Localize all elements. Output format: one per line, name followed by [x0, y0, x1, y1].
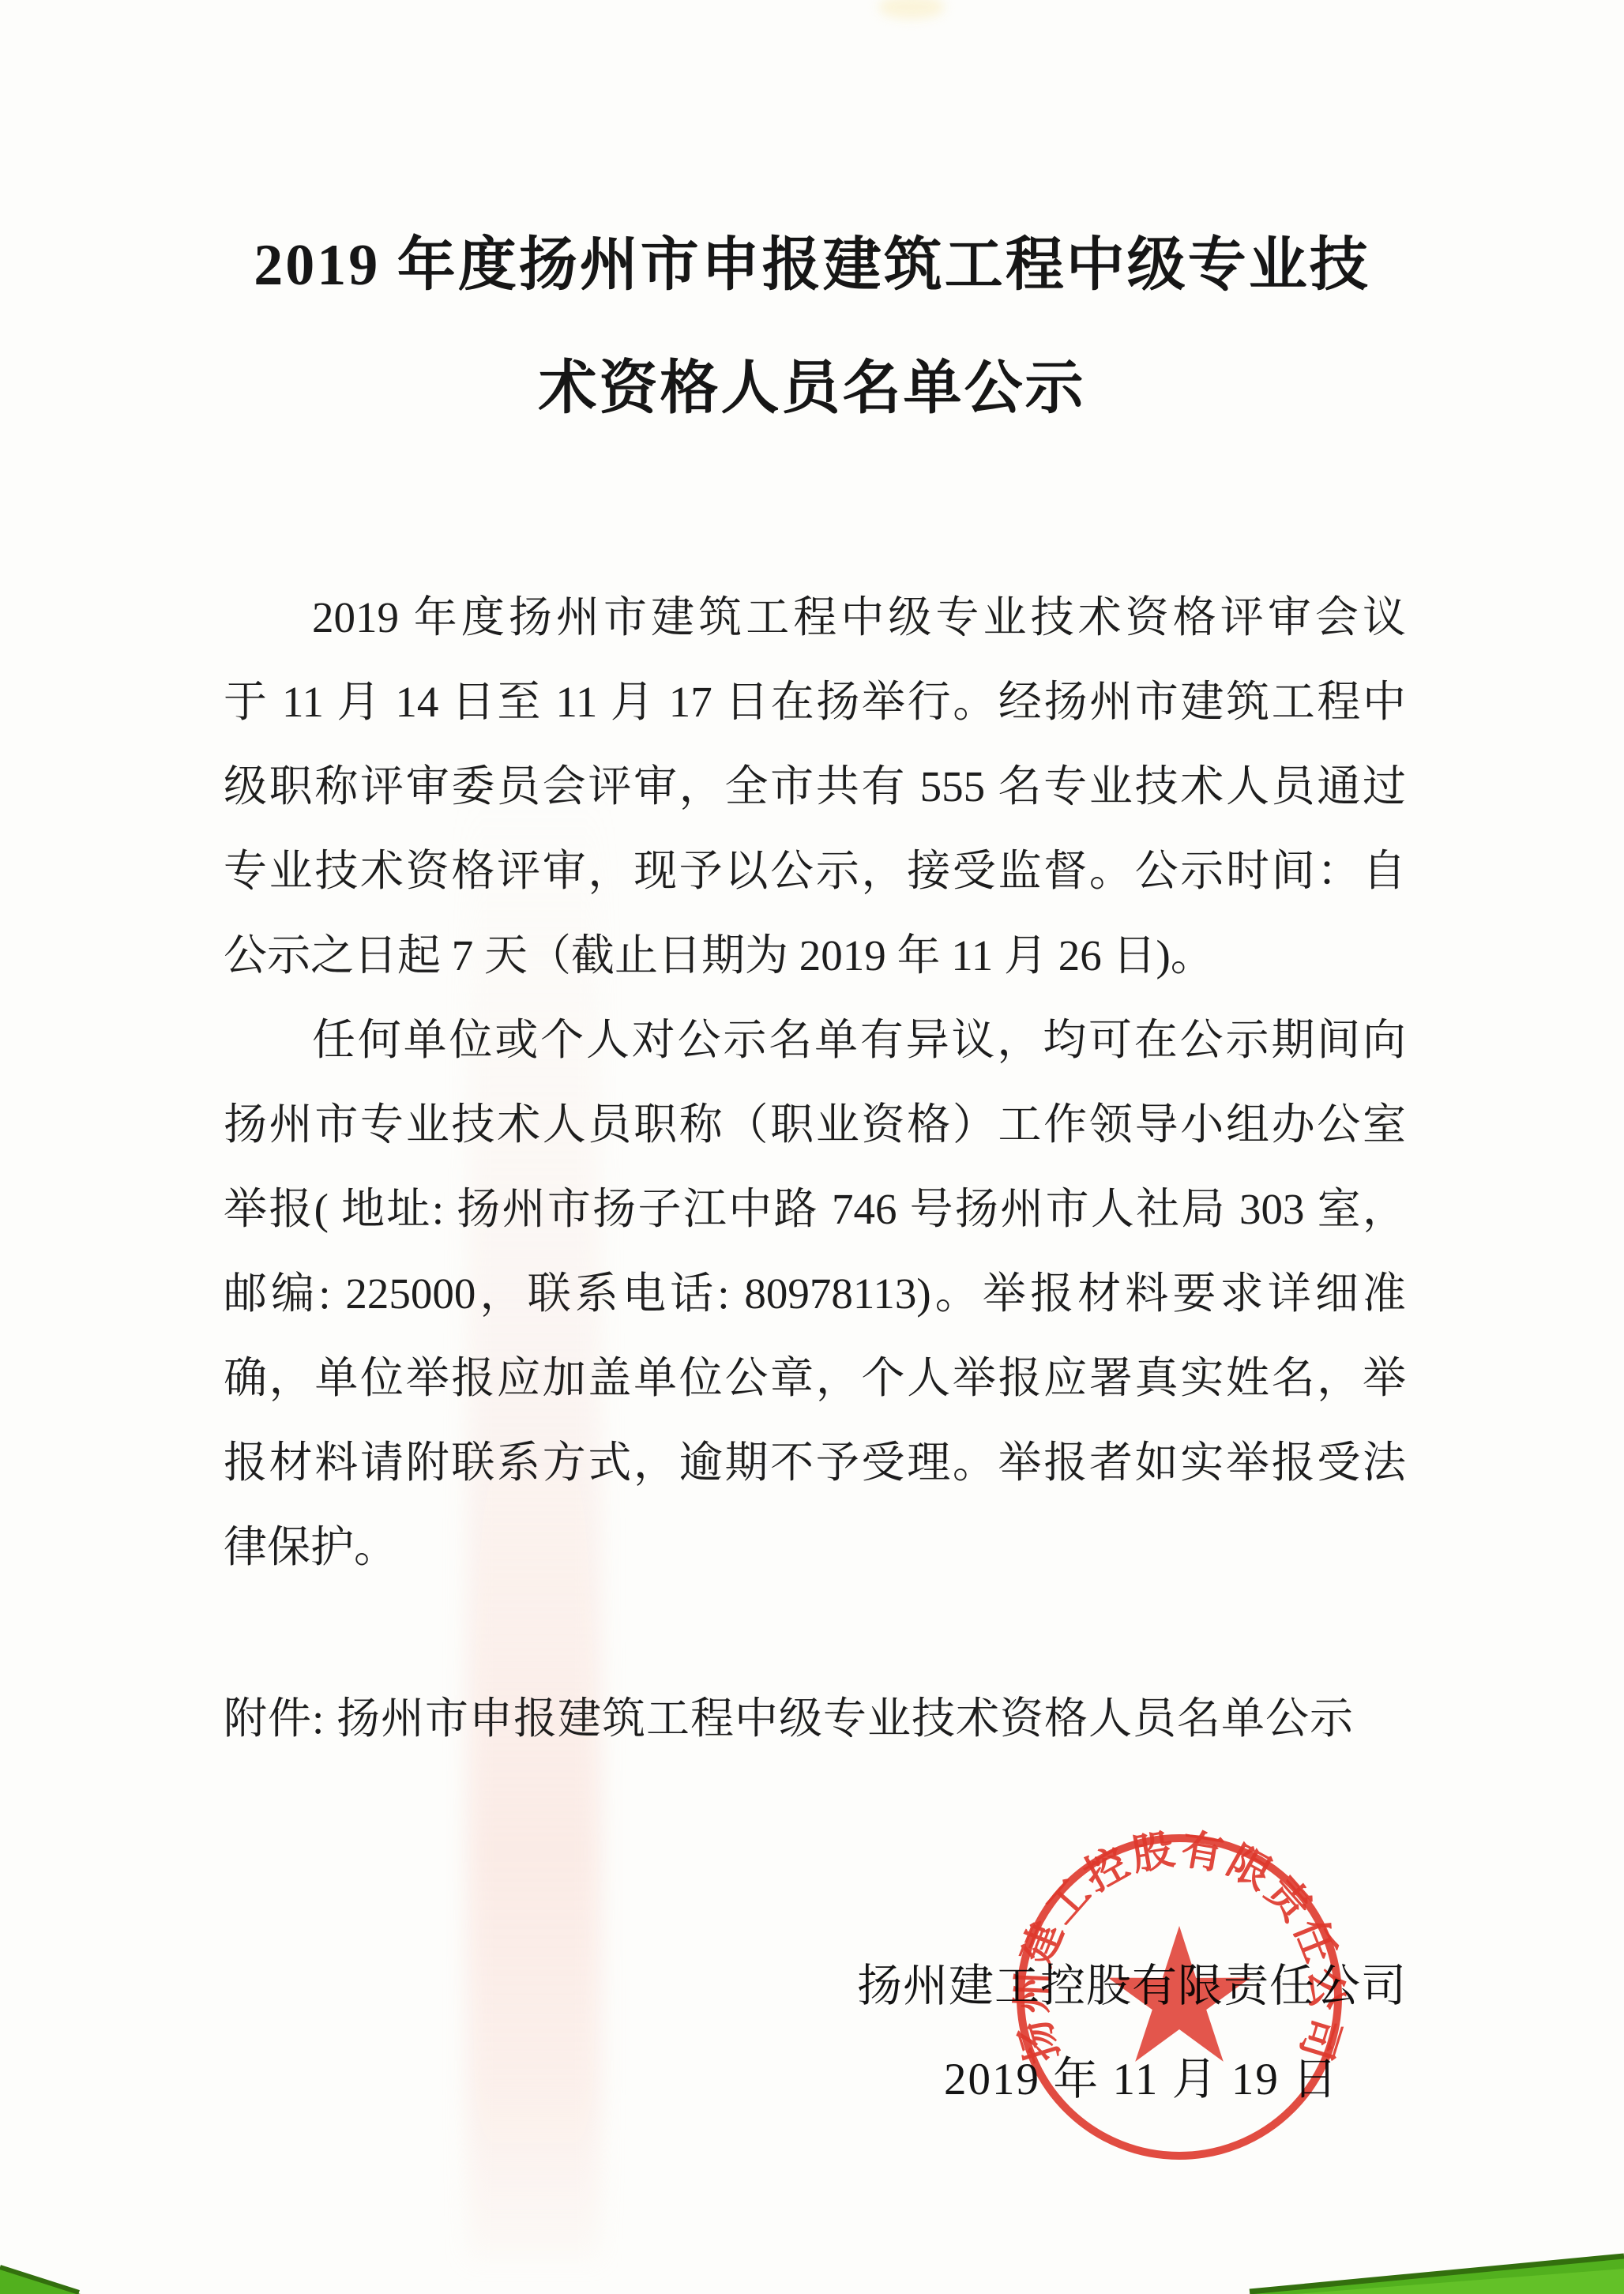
- body-line: 举报( 地址: 扬州市扬子江中路 746 号扬州市人社局 303 室，: [224, 1167, 1406, 1251]
- body-line: 专业技术资格评审，现予以公示，接受监督。公示时间：自: [224, 829, 1406, 913]
- body-line: 任何单位或个人对公示名单有异议，均可在公示期间向: [224, 998, 1406, 1082]
- body-line: 2019 年度扬州市建筑工程中级专业技术资格评审会议: [224, 575, 1406, 660]
- title-line-2: 术资格人员名单公示: [0, 327, 1624, 450]
- body-line: 级职称评审委员会评审，全市共有 555 名专业技术人员通过: [224, 744, 1406, 829]
- document-title: 2019 年度扬州市申报建筑工程中级专业技 术资格人员名单公示: [0, 204, 1624, 450]
- body-line: 报材料请附联系方式，逾期不予受理。举报者如实举报受法: [224, 1420, 1406, 1505]
- title-line-1: 2019 年度扬州市申报建筑工程中级专业技: [0, 204, 1624, 327]
- signature-date: 2019 年 11 月 19 日: [944, 2043, 1434, 2108]
- scanned-notice-page: 2019 年度扬州市申报建筑工程中级专业技 术资格人员名单公示 2019 年度扬…: [0, 0, 1624, 2294]
- signature-company: 扬州建工控股有限责任公司: [857, 1950, 1457, 2014]
- body-line: 扬州市专业技术人员职称（职业资格）工作领导小组办公室: [224, 1082, 1406, 1167]
- body-line: 确，单位举报应加盖单位公章，个人举报应署真实姓名，举: [224, 1336, 1406, 1420]
- scan-edge-green: [0, 2242, 1624, 2294]
- body-line: 于 11 月 14 日至 11 月 17 日在扬举行。经扬州市建筑工程中: [224, 660, 1406, 744]
- scan-smudge-top: [878, 0, 945, 19]
- body-line: 邮编: 225000，联系电话: 80978113)。举报材料要求详细准: [224, 1251, 1406, 1336]
- body-line: 公示之日起 7 天（截止日期为 2019 年 11 月 26 日)。: [224, 913, 1406, 998]
- attachment-line: 附件: 扬州市申报建筑工程中级专业技术资格人员名单公示: [224, 1687, 1487, 1751]
- body-text: 2019 年度扬州市建筑工程中级专业技术资格评审会议于 11 月 14 日至 1…: [224, 575, 1406, 1589]
- body-line: 律保护。: [224, 1505, 1406, 1589]
